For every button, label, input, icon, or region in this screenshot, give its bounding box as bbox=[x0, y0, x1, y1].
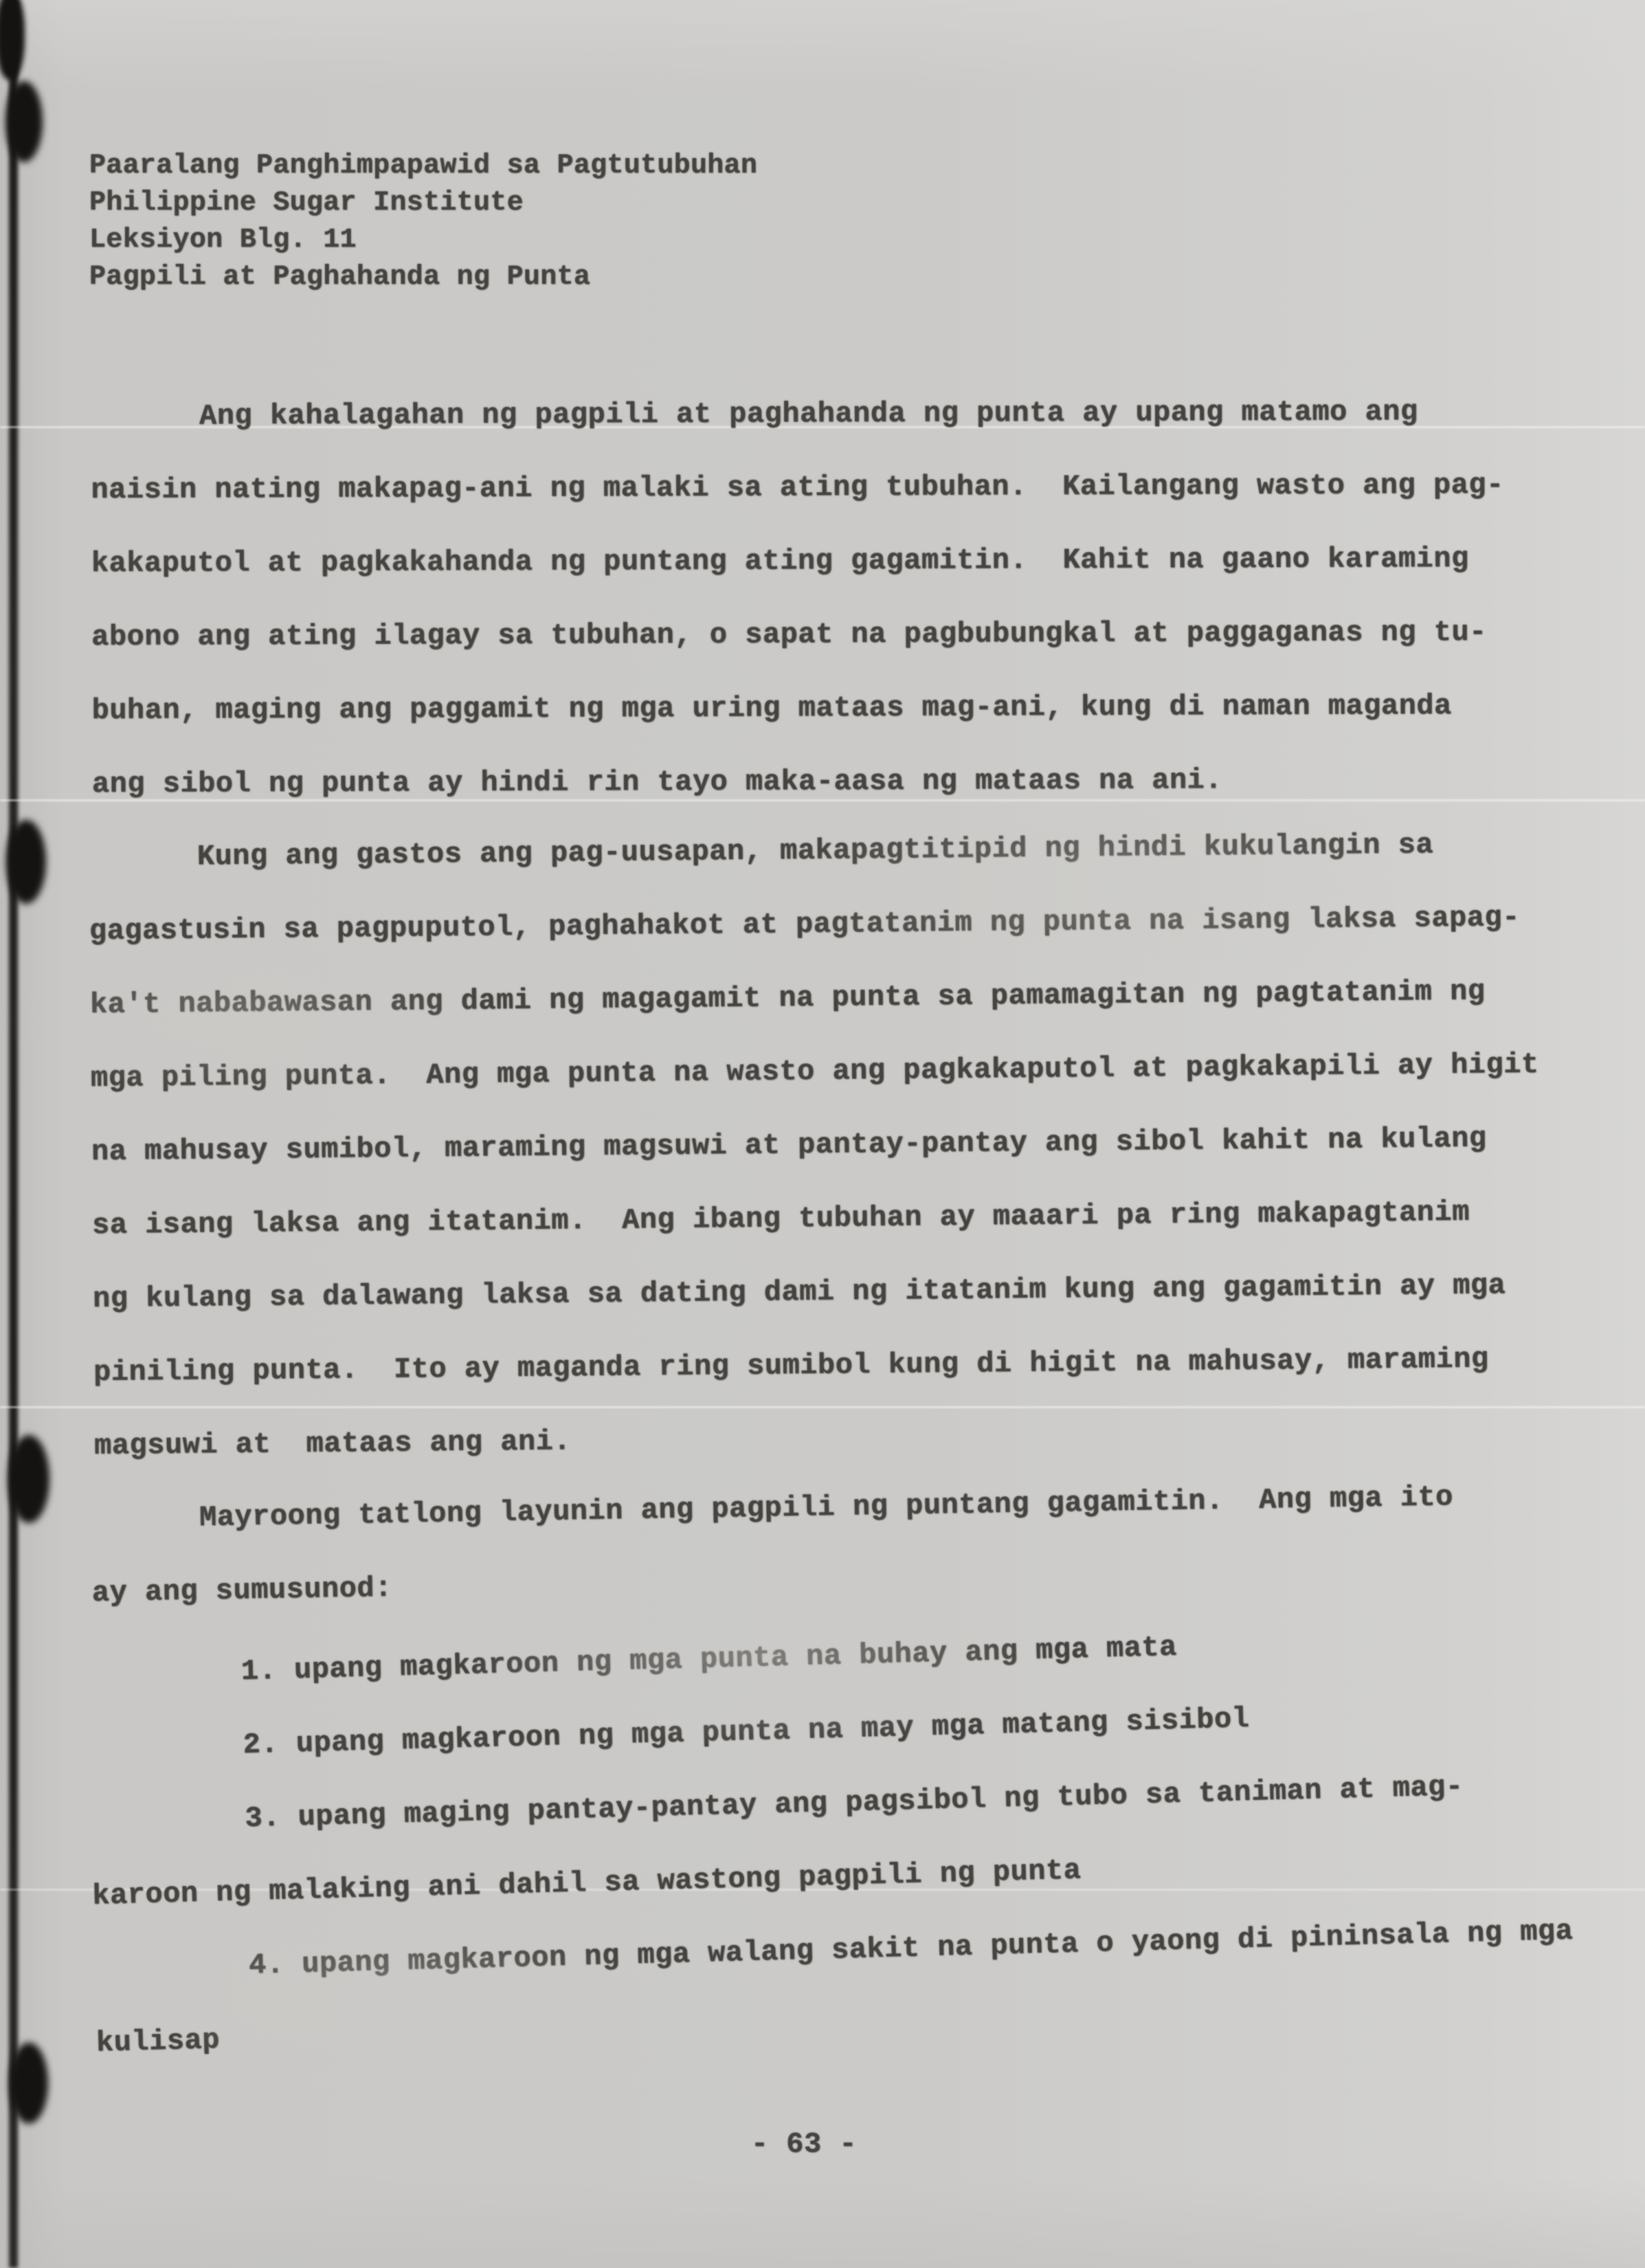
text-line: Kung ang gastos ang pag-uusapan, makapag… bbox=[88, 808, 1537, 895]
paragraph-2: Kung ang gastos ang pag-uusapan, makapag… bbox=[88, 808, 1543, 1483]
binding-blob bbox=[10, 2043, 48, 2124]
scan-binding-edge bbox=[9, 0, 18, 2268]
document-header: Paaralang Panghimpapawid sa Pagtutubuhan… bbox=[89, 148, 757, 296]
text-line: naisin nating makapag-ani ng malaki sa a… bbox=[91, 449, 1504, 527]
binding-blob bbox=[5, 81, 43, 162]
binding-blob bbox=[8, 1435, 49, 1523]
text-line: mga piling punta. Ang mga punta na wasto… bbox=[90, 1028, 1539, 1115]
header-lesson-title: Pagpili at Paghahanda ng Punta bbox=[89, 259, 757, 296]
text-line: piniling punta. Ito ay maganda ring sumi… bbox=[93, 1322, 1543, 1410]
text-line: ng kulang sa dalawang laksa sa dating da… bbox=[93, 1249, 1542, 1336]
page-footer: - 63 - bbox=[0, 2124, 1608, 2165]
text-line: kakaputol at pagkakahanda ng puntang ati… bbox=[91, 522, 1505, 601]
objectives-list: 1. upang magkaroon ng mga punta na buhay… bbox=[86, 1601, 1576, 2080]
text-line: abono ang ating ilagay sa tubuhan, o sap… bbox=[91, 596, 1505, 674]
binding-blob bbox=[6, 820, 46, 904]
text-line: buhan, maging ang paggamit ng mga uring … bbox=[91, 669, 1505, 748]
page-number: - 63 - bbox=[751, 2124, 857, 2165]
header-school-name: Paaralang Panghimpapawid sa Pagtutubuhan bbox=[89, 148, 757, 185]
header-institute-name: Philippine Sugar Institute bbox=[89, 185, 757, 222]
paragraph-1: Ang kahalagahan ng pagpili at paghahanda… bbox=[91, 375, 1506, 821]
scanned-document-page: Paaralang Panghimpapawid sa Pagtutubuhan… bbox=[0, 0, 1645, 2268]
text-line: ka't nababawasan ang dami ng magagamit n… bbox=[89, 955, 1538, 1042]
text-line: sa isang laksa ang itatanim. Ang ibang t… bbox=[92, 1175, 1541, 1263]
text-line: Ang kahalagahan ng pagpili at paghahanda… bbox=[91, 375, 1504, 454]
scan-edge-top-mark bbox=[0, 0, 25, 80]
text-line: gagastusin sa pagpuputol, paghahakot at … bbox=[89, 881, 1538, 968]
header-lesson-number: Leksiyon Blg. 11 bbox=[89, 222, 757, 259]
paragraph-3: Mayroong tatlong layunin ang pagpili ng … bbox=[90, 1460, 1455, 1630]
text-line: na mahusay sumibol, maraming magsuwi at … bbox=[91, 1102, 1540, 1189]
